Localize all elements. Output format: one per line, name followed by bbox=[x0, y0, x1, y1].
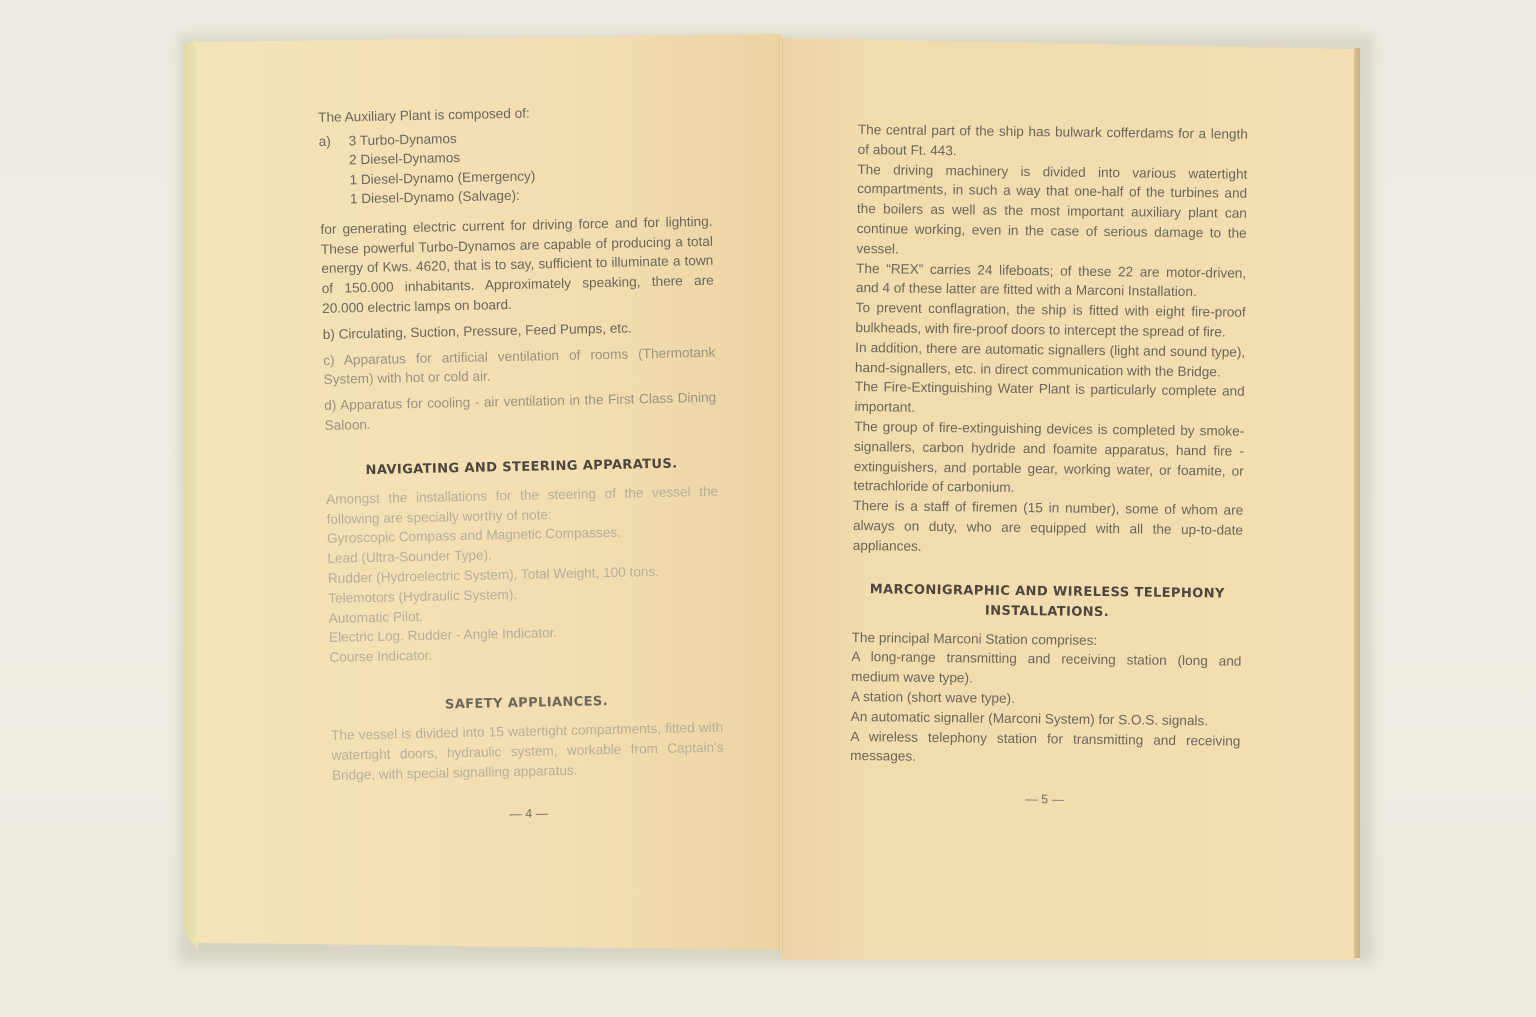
safety-heading: SAFETY APPLIANCES. bbox=[330, 690, 722, 718]
marconi-heading: MARCONIGRAPHIC AND WIRELESS TELEPHONY IN… bbox=[852, 579, 1242, 624]
right-paragraph: To prevent conflagration, the ship is fi… bbox=[855, 298, 1245, 342]
right-page-text: The central part of the ship has bulwark… bbox=[850, 120, 1248, 813]
right-paragraph: The Fire-Extinguishing Water Plant is pa… bbox=[854, 377, 1244, 421]
safety-paragraph: The vessel is divided into 15 watertight… bbox=[331, 718, 724, 786]
marconi-heading-line1: MARCONIGRAPHIC AND WIRELESS TELEPHONY bbox=[870, 582, 1225, 601]
right-paragraph: The “REX” carries 24 lifeboats; of these… bbox=[856, 259, 1246, 303]
right-paragraph: In addition, there are automatic signall… bbox=[855, 338, 1245, 382]
plant-list: a) 3 Turbo-Dynamos 2 Diesel-Dynamos 1 Di… bbox=[318, 124, 712, 210]
plant-item: 1 Diesel-Dynamo (Salvage): bbox=[350, 186, 536, 209]
navigating-list: Gyroscopic Compass and Magnetic Compasse… bbox=[327, 521, 722, 668]
left-page-text: The Auxiliary Plant is composed of: a) 3… bbox=[318, 100, 725, 829]
right-paragraph: The group of fire-extinguishing devices … bbox=[853, 417, 1244, 501]
item-c: c) Apparatus for artificial ventilation … bbox=[323, 342, 716, 390]
right-page-stack-edge bbox=[1354, 48, 1360, 958]
marconi-list: The principal Marconi Station comprises:… bbox=[850, 627, 1242, 770]
booklet-spine bbox=[779, 38, 783, 952]
marconi-item: A long-range transmitting and receiving … bbox=[851, 647, 1241, 691]
navigating-heading: NAVIGATING AND STEERING APPARATUS. bbox=[325, 453, 717, 481]
right-paragraph: The central part of the ship has bulwark… bbox=[858, 120, 1248, 164]
right-paragraph: The driving machinery is divided into va… bbox=[856, 160, 1247, 264]
item-d: d) Apparatus for cooling - air ventilati… bbox=[324, 388, 717, 436]
marconi-item: A wireless telephony station for transmi… bbox=[850, 726, 1240, 770]
generating-paragraph: for generating electric current for driv… bbox=[320, 212, 714, 319]
right-paragraph: There is a staff of firemen (15 in numbe… bbox=[853, 496, 1244, 560]
list-label-a: a) bbox=[318, 131, 350, 210]
booklet-cover-edge bbox=[184, 38, 198, 950]
item-b: b) Circulating, Suction, Pressure, Feed … bbox=[323, 317, 715, 345]
marconi-heading-line2: INSTALLATIONS. bbox=[985, 603, 1109, 620]
